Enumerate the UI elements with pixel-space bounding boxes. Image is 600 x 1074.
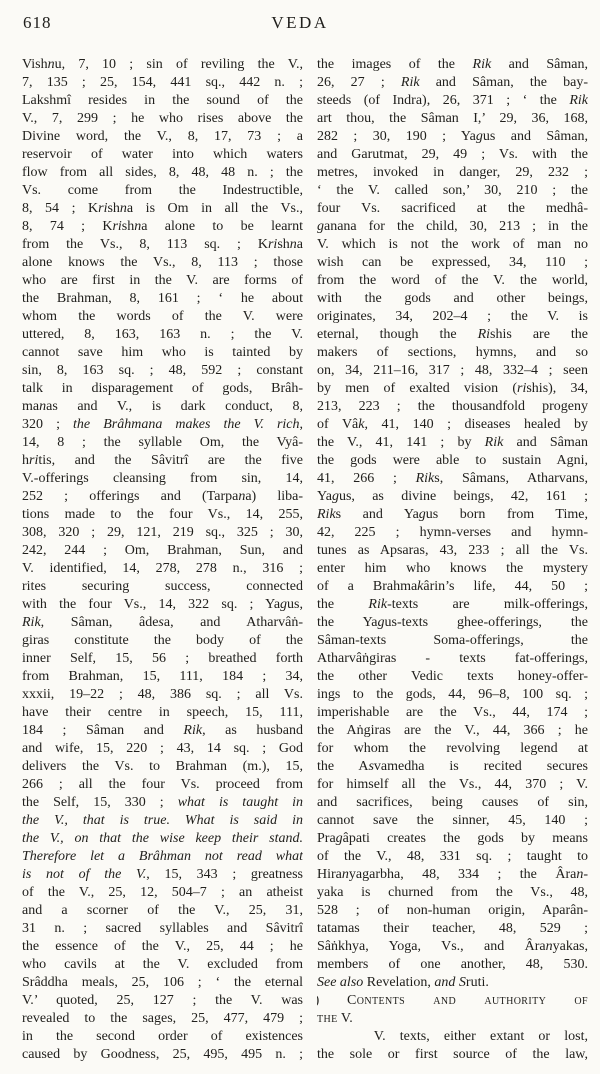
text-line: is not of the V., 15, 343 ; greatness xyxy=(22,866,303,884)
text-line: (f) Contents and authority of xyxy=(317,992,588,1010)
text-line: Sâṅkhya, Yoga, Vs., and Âranyakas, xyxy=(317,938,588,956)
text-line: the Asvamedha is recited secures xyxy=(317,758,588,776)
text-line: wish can be expressed, 34, 110 ; xyxy=(317,254,588,272)
text-line: revealed to the sages, 25, 477, 479 ; xyxy=(22,1010,303,1028)
text-line: 7, 135 ; 25, 154, 441 sq., 442 n. ; xyxy=(22,74,303,92)
text-line: giras constitute the body of the xyxy=(22,632,303,650)
text-line: uttered, 8, 163, 163 n. ; the V. xyxy=(22,326,303,344)
text-line: V., 7, 299 ; he who rises above the xyxy=(22,110,303,128)
text-line: tions made to the four Vs., 14, 255, xyxy=(22,506,303,524)
text-line: V.’ quoted, 25, 127 ; the V. was xyxy=(22,992,303,1010)
text-line: steeds (of Indra), 26, 371 ; ‘ the Rik xyxy=(317,92,588,110)
text-line: ings to the gods, 44, 96–8, 100 sq. ; xyxy=(317,686,588,704)
text-line: of Vâk, 41, 140 ; diseases healed by xyxy=(317,416,588,434)
text-line: Vishnu, 7, 10 ; sin of reviling the V., xyxy=(22,56,303,74)
text-line: and Garutmat, 29, 49 ; Vs. with the xyxy=(317,146,588,164)
text-line: by men of exalted vision (rishis), 34, xyxy=(317,380,588,398)
text-line: 320 ; the Brâhmana makes the V. rich, xyxy=(22,416,303,434)
text-line: the Yagus-texts ghee-offerings, the xyxy=(317,614,588,632)
text-line: V. texts, either extant or lost, xyxy=(317,1028,588,1046)
text-line: who are first in the V. are forms of xyxy=(22,272,303,290)
text-line: of the V., 48, 331 sq. ; taught to xyxy=(317,848,588,866)
text-line: ‘ the V. called son,’ 30, 210 ; the xyxy=(317,182,588,200)
text-line: the Rik-texts are milk-offerings, xyxy=(317,596,588,614)
text-line: with the gods and other beings, xyxy=(317,290,588,308)
text-line: 213, 223 ; the thousandfold progeny xyxy=(317,398,588,416)
text-line: imperishable are the Vs., 44, 174 ; xyxy=(317,704,588,722)
text-line: the Self, 15, 330 ; what is taught in xyxy=(22,794,303,812)
text-line: who cavils at the V. excluded from xyxy=(22,956,303,974)
text-line: and wife, 15, 220 ; 43, 14 sq. ; God xyxy=(22,740,303,758)
text-line: of a Brahmakârin’s life, 44, 50 ; xyxy=(317,578,588,596)
text-line: sin, 8, 163 sq. ; 48, 592 ; constant xyxy=(22,362,303,380)
right-text-column: the images of the Rik and Sâman,26, 27 ;… xyxy=(317,56,588,1064)
text-line: Atharvâṅgiras - texts fat-offerings, xyxy=(317,650,588,668)
text-line: the V. xyxy=(317,1010,588,1028)
text-line: the V., on that the wise keep their stan… xyxy=(22,830,303,848)
text-line: art thou, the Sâman I,’ 29, 36, 168, xyxy=(317,110,588,128)
text-line: 184 ; Sâman and Rik, as husband xyxy=(22,722,303,740)
text-line: Yagus, as divine beings, 42, 161 ; xyxy=(317,488,588,506)
text-line: 41, 266 ; Riks, Sâmans, Atharvans, xyxy=(317,470,588,488)
text-line: from the word of the V. the world, xyxy=(317,272,588,290)
text-line: Sâman-texts Soma-offerings, the xyxy=(317,632,588,650)
text-line: hritis, and the Sâvitrî are the five xyxy=(22,452,303,470)
text-line: enter him who knows the mystery xyxy=(317,560,588,578)
text-line: 242, 244 ; Om, Brahman, Sun, and xyxy=(22,542,303,560)
text-line: inner Self, 15, 56 ; breathed forth xyxy=(22,650,303,668)
left-text-column: Vishnu, 7, 10 ; sin of reviling the V.,7… xyxy=(22,56,303,1064)
text-line: cannot save the sinner, 45, 140 ; xyxy=(317,812,588,830)
text-line: 8, 54 ; Krishna is Om in all the Vs., xyxy=(22,200,303,218)
text-line: metres, invoked in danger, 29, 232 ; xyxy=(317,164,588,182)
text-line: the images of the Rik and Sâman, xyxy=(317,56,588,74)
text-line: the essence of the V., 25, 44 ; he xyxy=(22,938,303,956)
text-line: Srâddha meals, 25, 106 ; ‘ the eternal xyxy=(22,974,303,992)
text-line: tatamas their teacher, 48, 529 ; xyxy=(317,920,588,938)
text-line: Hiranyagarbha, 48, 334 ; the Âran- xyxy=(317,866,588,884)
text-line: flow from all sides, 8, 48, 48 n. ; the xyxy=(22,164,303,182)
text-line: manas and V., is dark conduct, 8, xyxy=(22,398,303,416)
text-line: originates, 34, 202–4 ; the V. is xyxy=(317,308,588,326)
text-line: Rik, Sâman, âdesa, and Atharvâṅ- xyxy=(22,614,303,632)
text-line: of the V., 25, 12, 504–7 ; an atheist xyxy=(22,884,303,902)
text-line: V. identified, 14, 278, 278 n., 316 ; xyxy=(22,560,303,578)
text-line: and a scorner of the V., 25, 31, xyxy=(22,902,303,920)
text-line: with the four Vs., 14, 322 sq. ; Yagus, xyxy=(22,596,303,614)
text-line: reservoir of water into which waters xyxy=(22,146,303,164)
text-line: Riks and Yagus born from Time, xyxy=(317,506,588,524)
text-line: for whom the revolving legend at xyxy=(317,740,588,758)
text-line: makers of sections, hymns, and so xyxy=(317,344,588,362)
text-line: the V., that is true. What is said in xyxy=(22,812,303,830)
text-line: Divine word, the V., 8, 17, 73 ; a xyxy=(22,128,303,146)
text-line: xxxii, 19–22 ; 48, 386 sq. ; all Vs. xyxy=(22,686,303,704)
text-line: the sole or first source of the law, xyxy=(317,1046,588,1064)
text-line: delivers the Vs. to Brahman (m.), 15, xyxy=(22,758,303,776)
text-line: Therefore let a Brâhman not read what xyxy=(22,848,303,866)
text-line: 282 ; 30, 190 ; Yagus and Sâman, xyxy=(317,128,588,146)
text-line: the V., 41, 141 ; by Rik and Sâman xyxy=(317,434,588,452)
text-line: rites securing success, connected xyxy=(22,578,303,596)
text-line: 266 ; all the four Vs. proceed from xyxy=(22,776,303,794)
text-line: the gods were able to sustain Agni, xyxy=(317,452,588,470)
text-line: 42, 225 ; hymn-verses and hymn- xyxy=(317,524,588,542)
text-line: 14, 8 ; the syllable Om, the Vyâ- xyxy=(22,434,303,452)
text-line: V. which is not the work of man no xyxy=(317,236,588,254)
text-line: Lakshmî resides in the sound of the xyxy=(22,92,303,110)
text-line: from the Vs., 8, 113 sq. ; Krishna xyxy=(22,236,303,254)
text-line: the Aṅgiras are the V., 44, 366 ; he xyxy=(317,722,588,740)
text-line: eternal, though the Rishis are the xyxy=(317,326,588,344)
text-line: 528 ; of non-human origin, Aparân- xyxy=(317,902,588,920)
text-line: and sacrifices, being causes of sin, xyxy=(317,794,588,812)
text-line: ganana for the child, 30, 213 ; in the xyxy=(317,218,588,236)
text-line: on, 34, 211–16, 317 ; 48, 332–4 ; seen xyxy=(317,362,588,380)
text-line: 31 n. ; sacred syllables and Sâvitrî xyxy=(22,920,303,938)
text-line: Pragâpati creates the gods by means xyxy=(317,830,588,848)
text-line: have their centre in speech, 15, 111, xyxy=(22,704,303,722)
text-line: four Vs. sacrificed at the medhâ- xyxy=(317,200,588,218)
text-line: whom the words of the V. were xyxy=(22,308,303,326)
text-line: from Brahman, 15, 111, 184 ; 34, xyxy=(22,668,303,686)
text-line: the other Vedic texts honey-offer- xyxy=(317,668,588,686)
text-line: 8, 74 ; Krishna alone to be learnt xyxy=(22,218,303,236)
text-line: members of one another, 48, 530. xyxy=(317,956,588,974)
text-line: tunes as Apsaras, 43, 233 ; all the Vs. xyxy=(317,542,588,560)
book-page: 618 VEDA Vishnu, 7, 10 ; sin of reviling… xyxy=(0,0,600,1074)
text-line: Vs. come from the Indestructible, xyxy=(22,182,303,200)
text-line: cannot save him who is tainted by xyxy=(22,344,303,362)
text-line: the Brahman, 8, 161 ; ‘ he about xyxy=(22,290,303,308)
text-line: 308, 320 ; 29, 121, 219 sq., 325 ; 30, xyxy=(22,524,303,542)
text-line: V.-offerings cleansing from sin, 14, xyxy=(22,470,303,488)
text-line: 252 ; offerings and (Tarpana) liba- xyxy=(22,488,303,506)
text-line: for himself all the Vs., 44, 370 ; V. xyxy=(317,776,588,794)
text-line: caused by Goodness, 25, 495, 495 n. ; xyxy=(22,1046,303,1064)
running-head: VEDA xyxy=(0,13,600,33)
text-line: 26, 27 ; Rik and Sâman, the bay- xyxy=(317,74,588,92)
text-line: yaka is churned from the Vs., 48, xyxy=(317,884,588,902)
text-line: talk in disparagement of gods, Brâh- xyxy=(22,380,303,398)
text-line: See also Revelation, and Sruti. xyxy=(317,974,588,992)
text-line: alone knows the Vs., 8, 113 ; those xyxy=(22,254,303,272)
text-line: in the second order of existences xyxy=(22,1028,303,1046)
